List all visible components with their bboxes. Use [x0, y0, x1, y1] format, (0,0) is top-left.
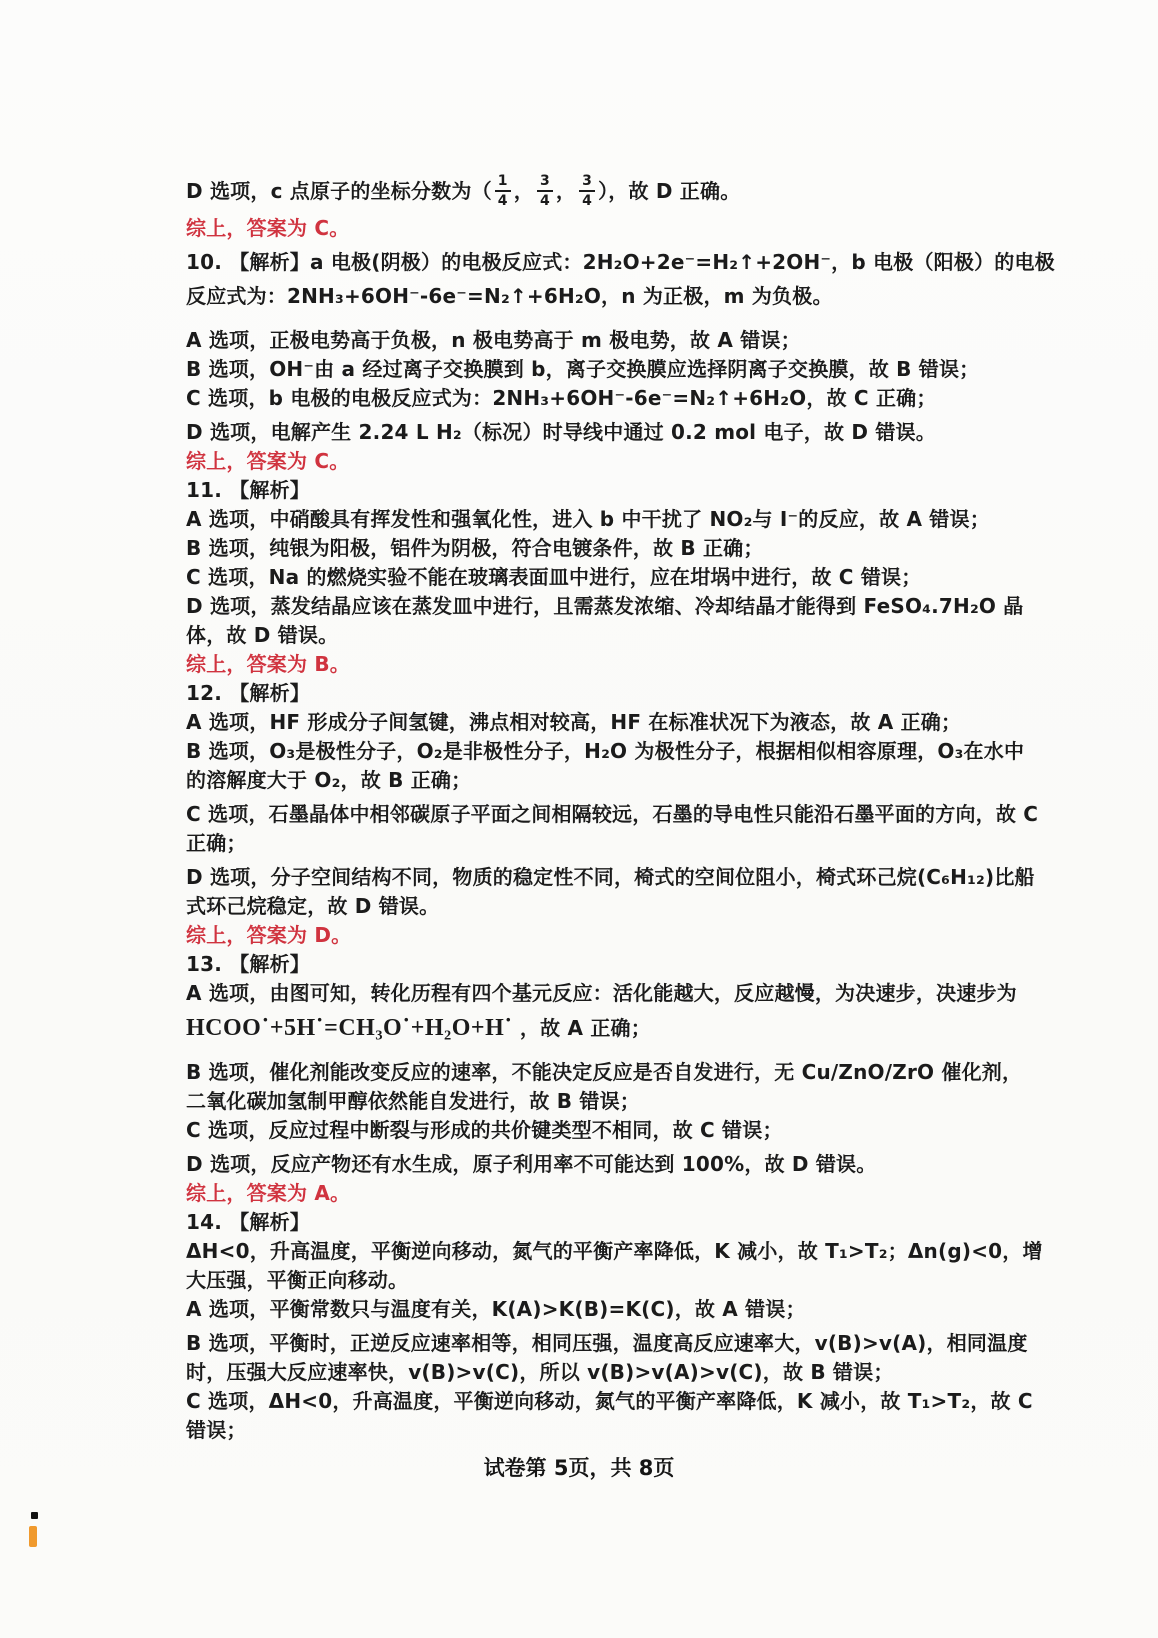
corner-dot-mark: [31, 1512, 38, 1519]
line-text: ），故 D 正确。: [598, 168, 740, 214]
text-line: 11. 【解析】: [186, 476, 1046, 505]
text-line: D 选项，反应产物还有水生成，原子利用率不可能达到 100%，故 D 错误。: [186, 1150, 1046, 1179]
answer-line: 综上，答案为 D。: [186, 921, 1046, 950]
text-line: D 选项，电解产生 2.24 L H₂（标况）时导线中通过 0.2 mol 电子…: [186, 418, 1046, 447]
fraction: 34: [537, 174, 553, 209]
answer-line: 综上，答案为 C。: [186, 447, 1046, 476]
text-line: A 选项，HF 形成分子间氢键，沸点相对较高，HF 在标准状况下为液态，故 A …: [186, 708, 1046, 737]
text-line: C 选项，石墨晶体中相邻碳原子平面之间相隔较远，石墨的导电性只能沿石墨平面的方向…: [186, 800, 1046, 829]
text-line: A 选项，由图可知，转化历程有四个基元反应：活化能越大，反应越慢，为决速步，决速…: [186, 979, 1046, 1008]
text-line: 反应式为：2NH₃+6OH⁻-6e⁻=N₂↑+6H₂O，n 为正极，m 为负极。: [186, 282, 1046, 311]
fraction-denominator: 4: [540, 192, 550, 209]
text-line: 10. 【解析】a 电极(阴极）的电极反应式：2H₂O+2e⁻=H₂↑+2OH⁻…: [186, 248, 1046, 277]
text-line: C 选项，Na 的燃烧实验不能在玻璃表面皿中进行，应在坩埚中进行，故 C 错误；: [186, 563, 1046, 592]
answer-explanations: D 选项，c 点原子的坐标分数为（ 14 ， 34 ， 34 ），故 D 正确。…: [186, 168, 1046, 1445]
fraction-numerator: 3: [537, 174, 553, 192]
page-footer: 试卷第 5页，共 8页: [0, 1452, 1158, 1482]
text-line: 体，故 D 错误。: [186, 621, 1046, 650]
text-line: A 选项，正极电势高于负极，n 极电势高于 m 极电势，故 A 错误；: [186, 326, 1046, 355]
answer-line: 综上，答案为 B。: [186, 650, 1046, 679]
text-line: A 选项，中硝酸具有挥发性和强氧化性，进入 b 中干扰了 NO₂与 I⁻的反应，…: [186, 505, 1046, 534]
chemical-formula: HCOO˙+5H˙=CH₃O˙+H₂O+H˙: [186, 1015, 513, 1041]
fraction-denominator: 4: [498, 192, 508, 209]
text-line: 时，压强大反应速率快，v(B)>v(C)，所以 v(B)>v(A)>v(C)，故…: [186, 1358, 1046, 1387]
fraction: 34: [579, 174, 595, 209]
text-line: D 选项，蒸发结晶应该在蒸发皿中进行，且需蒸发浓缩、冷却结晶才能得到 FeSO₄…: [186, 592, 1046, 621]
text-line: A 选项，平衡常数只与温度有关，K(A)>K(B)=K(C)，故 A 错误；: [186, 1295, 1046, 1324]
text-line: C 选项，ΔH<0，升高温度，平衡逆向移动，氮气的平衡产率降低，K 减小，故 T…: [186, 1387, 1046, 1416]
text-line: 正确；: [186, 829, 1046, 858]
text-line: B 选项，O₃是极性分子，O₂是非极性分子，H₂O 为极性分子，根据相似相容原理…: [186, 737, 1046, 766]
text-line: B 选项，平衡时，正逆反应速率相等，相同压强，温度高反应速率大，v(B)>v(A…: [186, 1329, 1046, 1358]
fraction-numerator: 1: [495, 174, 511, 192]
separator: ，: [514, 168, 534, 214]
separator: ，: [556, 168, 576, 214]
text-line: C 选项，b 电极的电极反应式为：2NH₃+6OH⁻-6e⁻=N₂↑+6H₂O，…: [186, 384, 1046, 413]
answer-line: 综上，答案为 C。: [186, 214, 1046, 243]
text-line: 12. 【解析】: [186, 679, 1046, 708]
line-text: ，故 A 正确；: [520, 1016, 651, 1040]
text-line: 大压强，平衡正向移动。: [186, 1266, 1046, 1295]
text-line: B 选项，纯银为阳极，铝件为阴极，符合电镀条件，故 B 正确；: [186, 534, 1046, 563]
text-line: C 选项，反应过程中断裂与形成的共价键类型不相同，故 C 错误；: [186, 1116, 1046, 1145]
text-line: 错误；: [186, 1416, 1046, 1445]
text-line: D 选项，分子空间结构不同，物质的稳定性不同，椅式的空间位阻小，椅式环己烷(C₆…: [186, 863, 1046, 892]
answer-line: 综上，答案为 A。: [186, 1179, 1046, 1208]
text-line: B 选项，OH⁻由 a 经过离子交换膜到 b，离子交换膜应选择阴离子交换膜，故 …: [186, 355, 1046, 384]
text-line: ΔH<0，升高温度，平衡逆向移动，氮气的平衡产率降低，K 减小，故 T₁>T₂；…: [186, 1237, 1046, 1266]
fraction: 14: [495, 174, 511, 209]
text-line: 14. 【解析】: [186, 1208, 1046, 1237]
text-line-reaction-formula: HCOO˙+5H˙=CH₃O˙+H₂O+H˙ ，故 A 正确；: [186, 1008, 1046, 1048]
fraction-numerator: 3: [579, 174, 595, 192]
text-line: 的溶解度大于 O₂，故 B 正确；: [186, 766, 1046, 795]
line-text: D 选项，c 点原子的坐标分数为（: [186, 168, 492, 214]
text-line: B 选项，催化剂能改变反应的速率，不能决定反应是否自发进行，无 Cu/ZnO/Z…: [186, 1058, 1046, 1087]
text-line: 二氧化碳加氢制甲醇依然能自发进行，故 B 错误；: [186, 1087, 1046, 1116]
orange-bar-mark: [29, 1526, 37, 1547]
text-line: 式环己烷稳定，故 D 错误。: [186, 892, 1046, 921]
scanned-exam-page: D 选项，c 点原子的坐标分数为（ 14 ， 34 ， 34 ），故 D 正确。…: [0, 0, 1158, 1638]
text-line-coordinate-fractions: D 选项，c 点原子的坐标分数为（ 14 ， 34 ， 34 ），故 D 正确。: [186, 168, 1046, 214]
text-line: 13. 【解析】: [186, 950, 1046, 979]
fraction-denominator: 4: [582, 192, 592, 209]
